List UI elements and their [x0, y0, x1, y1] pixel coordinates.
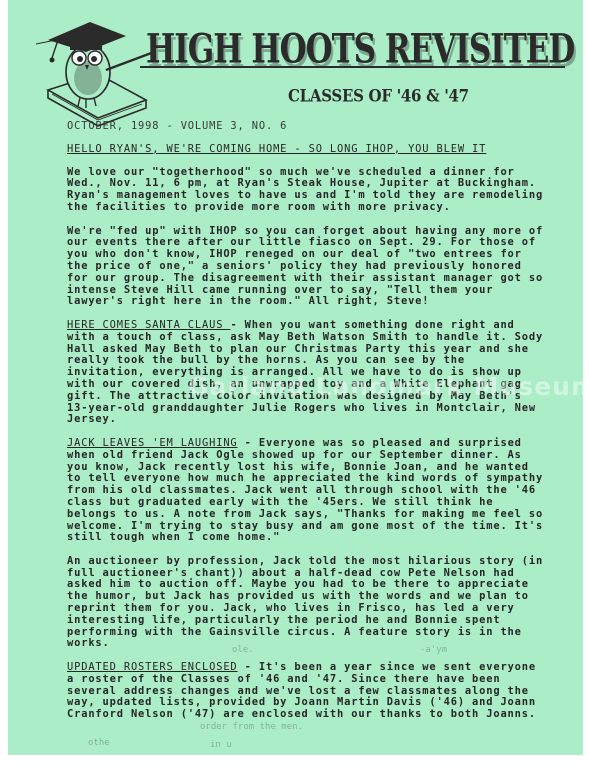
newsletter-body: OCTOBER, 1998 - VOLUME 3, NO. 6 HELLO RY…	[67, 121, 587, 733]
bleed-through-text: in u	[210, 740, 232, 750]
bleed-through-text: othe	[88, 738, 110, 748]
section-heading-santa: HERE COMES SANTA CLAUS	[67, 319, 230, 331]
owl-graduate-on-book-icon	[28, 12, 163, 127]
section-heading-rosters: UPDATED ROSTERS ENCLOSED	[67, 661, 238, 673]
section-text-jack: - Everyone was so pleased and surprised …	[67, 437, 543, 543]
bleed-through-text: -a'ym	[420, 645, 447, 655]
paragraph-auction: An auctioneer by profession, Jack told t…	[67, 556, 587, 650]
bleed-through-text: ole.	[232, 645, 254, 655]
paragraph-ihop: We're "fed up" with IHOP so you can forg…	[67, 226, 587, 309]
section-jack: JACK LEAVES 'EM LAUGHING - Everyone was …	[67, 438, 587, 544]
title-rule	[140, 66, 565, 68]
paragraph-dinner: We love our "togetherhood" so much we've…	[67, 167, 587, 214]
section-text-santa: - When you want something done right and…	[67, 319, 543, 425]
issue-dateline: OCTOBER, 1998 - VOLUME 3, NO. 6	[67, 121, 587, 133]
section-heading-jack: JACK LEAVES 'EM LAUGHING	[67, 437, 238, 449]
lead-headline: HELLO RYAN'S, WE'RE COMING HOME - SO LON…	[67, 144, 587, 156]
section-rosters: UPDATED ROSTERS ENCLOSED - It's been a y…	[67, 662, 587, 721]
bleed-through-text: order from the men.	[200, 722, 303, 732]
section-santa: HERE COMES SANTA CLAUS - When you want s…	[67, 320, 587, 426]
newsletter-subtitle: CLASSES OF '46 & '47	[288, 86, 469, 106]
